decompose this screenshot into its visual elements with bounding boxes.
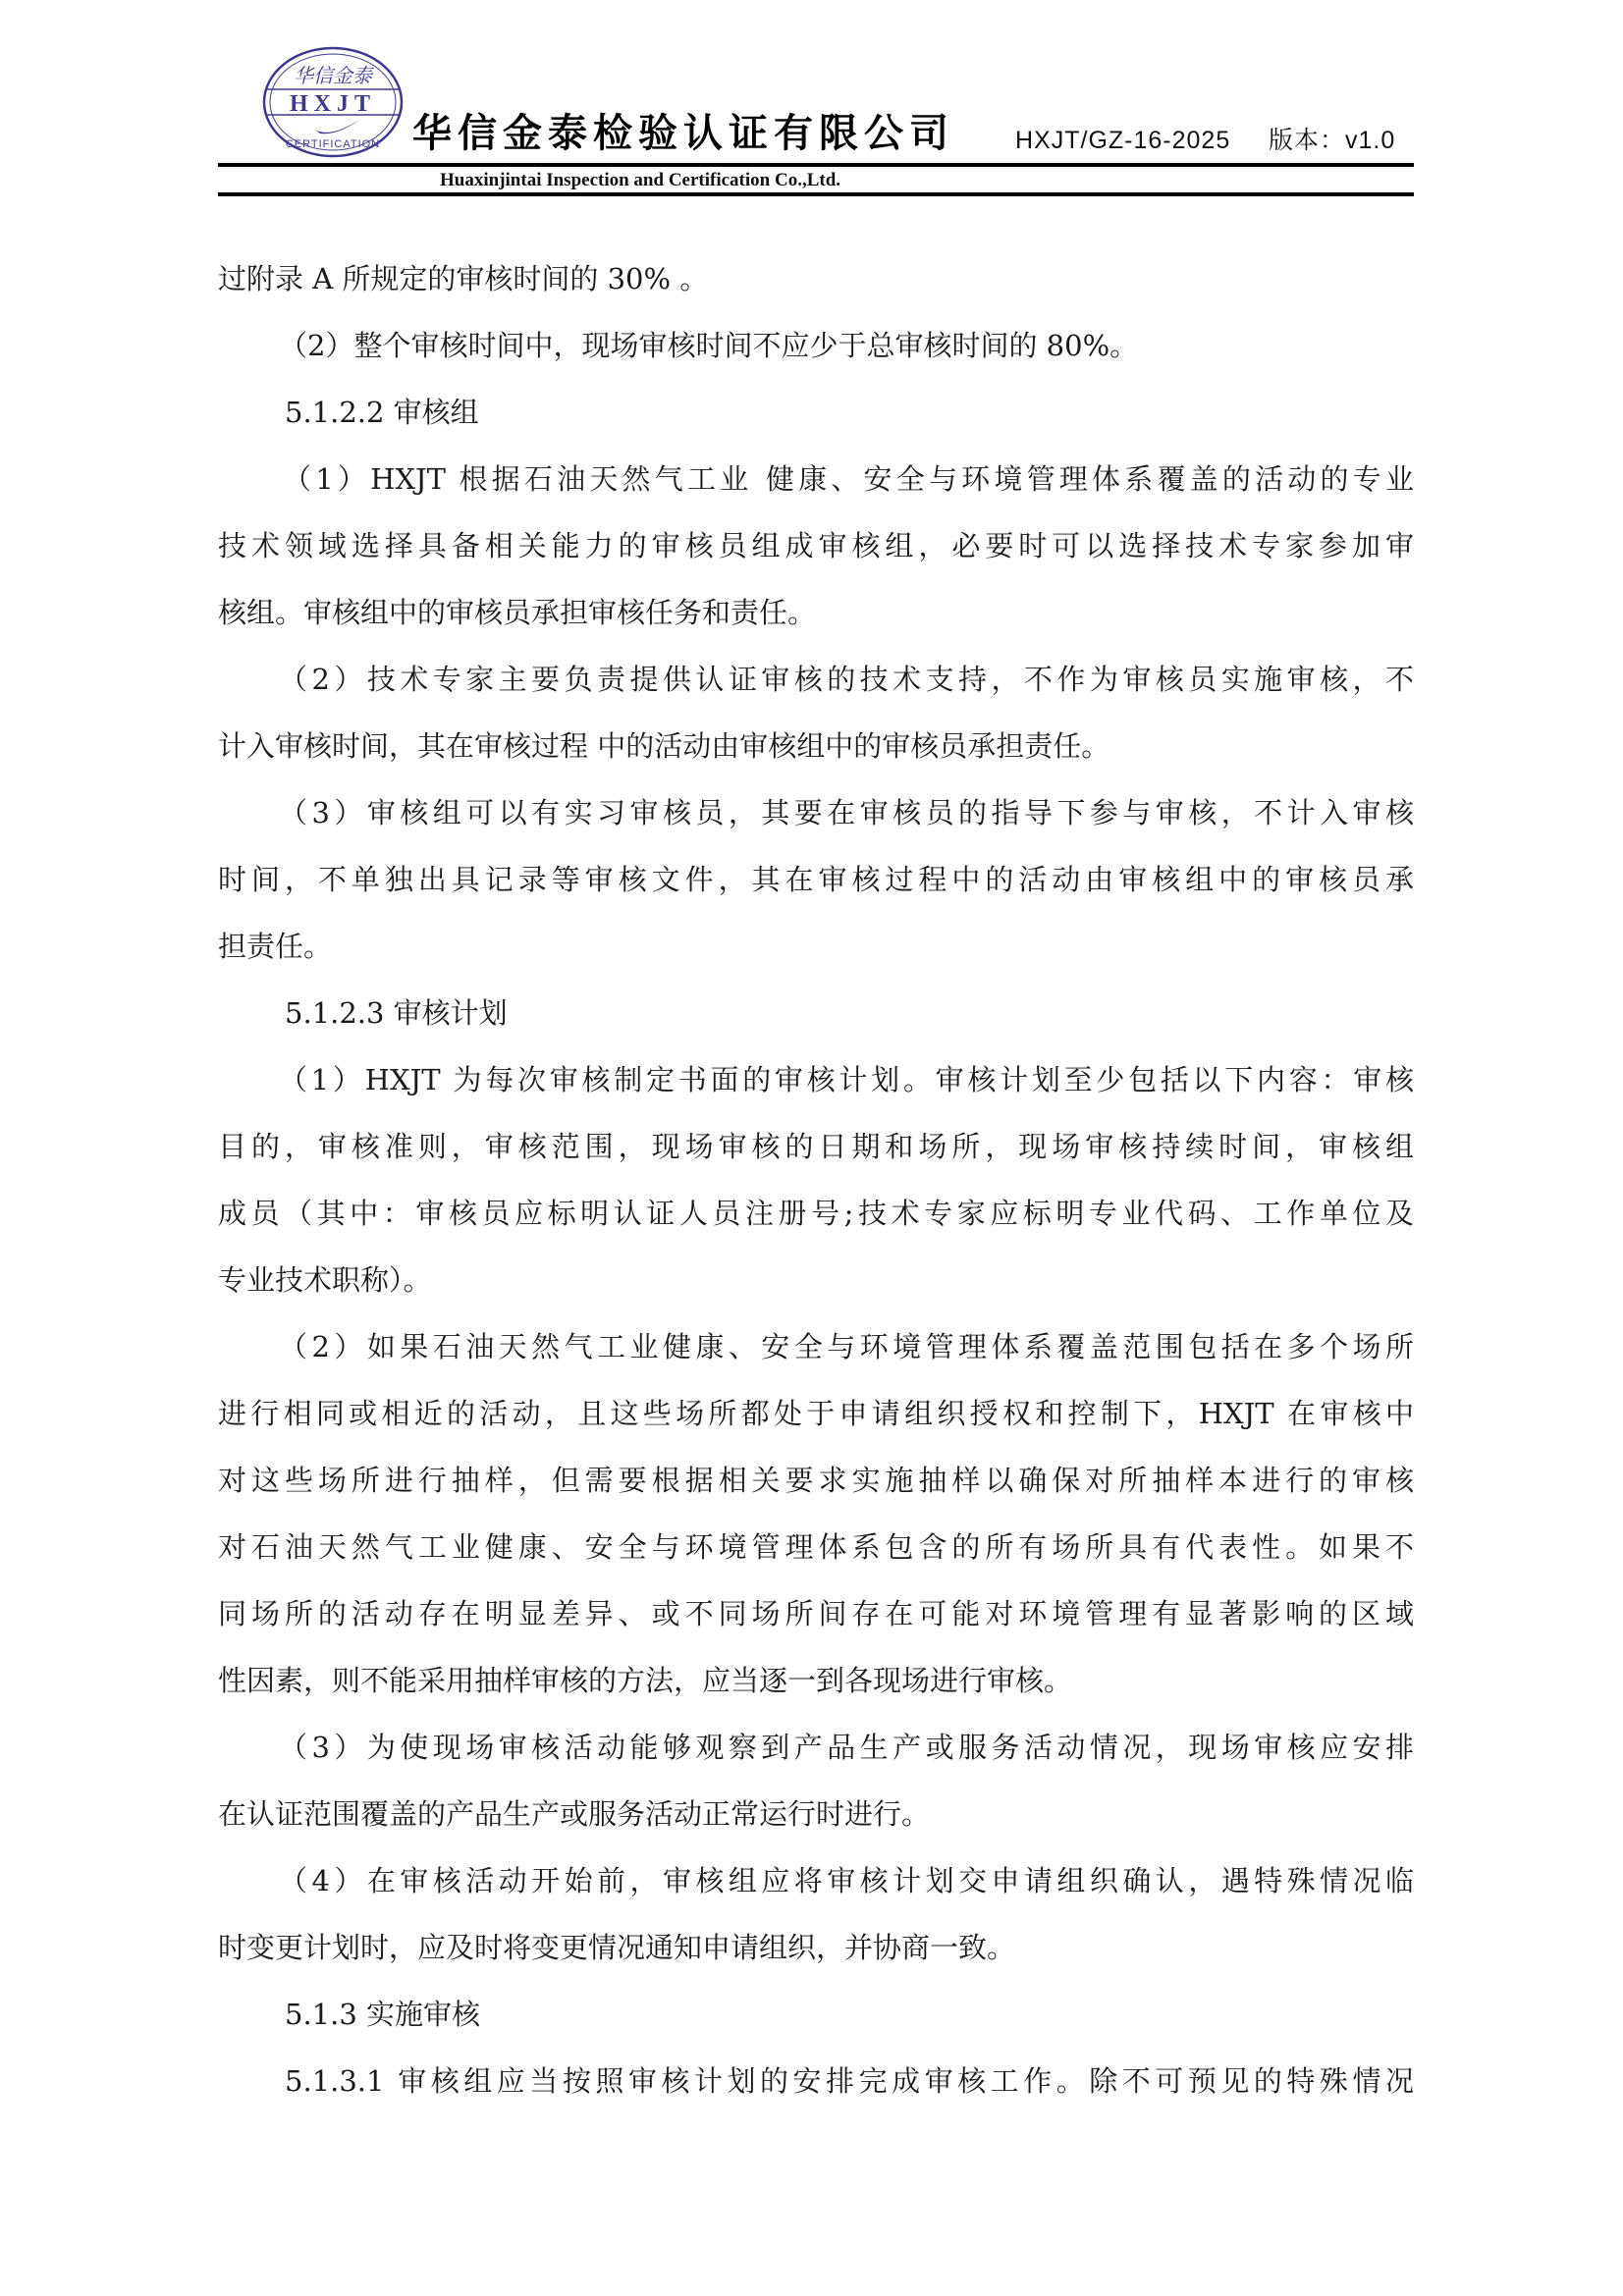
body-line: （3）为使现场审核活动能够观察到产品生产或服务活动情况，现场审核应安排 (218, 1714, 1414, 1781)
body-line: 计入审核时间，其在审核过程 中的活动由审核组中的审核员承担责任。 (218, 713, 1414, 779)
body-line: 5.1.3.1 审核组应当按照审核计划的安排完成审核工作。除不可预见的特殊情况 (218, 2048, 1414, 2114)
body-line: 对石油天然气工业健康、安全与环境管理体系包含的所有场所具有代表性。如果不 (218, 1514, 1414, 1580)
page-header: 华信金泰 HXJT CERTIFICATION 华信金泰检验认证有限公司 HXJ… (0, 0, 1623, 206)
svg-text:HXJT: HXJT (290, 91, 376, 117)
body-line: 对这些场所进行抽样，但需要根据相关要求实施抽样以确保对所抽样本进行的审核 (218, 1447, 1414, 1514)
body-line: （4）在审核活动开始前，审核组应将审核计划交申请组织确认，遇特殊情况临 (218, 1847, 1414, 1914)
body-line: 专业技术职称）。 (218, 1247, 1414, 1313)
body-line: （3）审核组可以有实习审核员，其要在审核员的指导下参与审核，不计入审核 (218, 779, 1414, 846)
document-code: HXJT/GZ-16-2025 (1015, 126, 1230, 155)
section-heading: 5.1.2.3 审核计划 (218, 980, 1414, 1046)
svg-text:CERTIFICATION: CERTIFICATION (286, 138, 380, 150)
section-heading: 5.1.3 实施审核 (218, 1981, 1414, 2048)
body-line: 技术领域选择具备相关能力的审核员组成审核组，必要时可以选择技术专家参加审 (218, 512, 1414, 579)
body-line: 时间，不单独出具记录等审核文件，其在审核过程中的活动由审核组中的审核员承 (218, 846, 1414, 913)
body-line: 担责任。 (218, 913, 1414, 980)
body-line: 成员（其中：审核员应标明认证人员注册号;技术专家应标明专业代码、工作单位及 (218, 1180, 1414, 1247)
body-line: （2）如果石油天然气工业健康、安全与环境管理体系覆盖范围包括在多个场所 (218, 1313, 1414, 1380)
body-line: 目的，审核准则，审核范围，现场审核的日期和场所，现场审核持续时间，审核组 (218, 1113, 1414, 1180)
body-line: 同场所的活动存在明显差异、或不同场所间存在可能对环境管理有显著影响的区域 (218, 1580, 1414, 1647)
svg-text:华信金泰: 华信金泰 (294, 64, 374, 87)
body-line: 时变更计划时，应及时将变更情况通知申请组织，并协商一致。 (218, 1914, 1414, 1981)
header-rule-bottom (218, 192, 1414, 196)
body-line: 性因素，则不能采用抽样审核的方法，应当逐一到各现场进行审核。 (218, 1647, 1414, 1714)
header-rule-top (218, 163, 1414, 167)
company-name-cn: 华信金泰检验认证有限公司 (412, 110, 954, 157)
body-line: 进行相同或相近的活动，且这些场所都处于申请组织授权和控制下，HXJT 在审核中 (218, 1380, 1414, 1447)
body-line: （1）HXJT 根据石油天然气工业 健康、安全与环境管理体系覆盖的活动的专业 (218, 446, 1414, 512)
body-line: 在认证范围覆盖的产品生产或服务活动正常运行时进行。 (218, 1781, 1414, 1847)
body-line: 过附录 A 所规定的审核时间的 30% 。 (218, 245, 1414, 312)
document-version: 版本：v1.0 (1269, 126, 1395, 155)
company-name-en: Huaxinjintai Inspection and Certificatio… (440, 169, 840, 192)
document-body: 过附录 A 所规定的审核时间的 30% 。 （2）整个审核时间中，现场审核时间不… (218, 245, 1414, 2114)
body-line: （1）HXJT 为每次审核制定书面的审核计划。审核计划至少包括以下内容：审核 (218, 1046, 1414, 1113)
body-line: （2）技术专家主要负责提供认证审核的技术支持，不作为审核员实施审核，不 (218, 646, 1414, 713)
company-logo-icon: 华信金泰 HXJT CERTIFICATION (261, 45, 405, 159)
section-heading: 5.1.2.2 审核组 (218, 379, 1414, 446)
body-line: （2）整个审核时间中，现场审核时间不应少于总审核时间的 80%。 (218, 312, 1414, 379)
body-line: 核组。审核组中的审核员承担审核任务和责任。 (218, 579, 1414, 646)
